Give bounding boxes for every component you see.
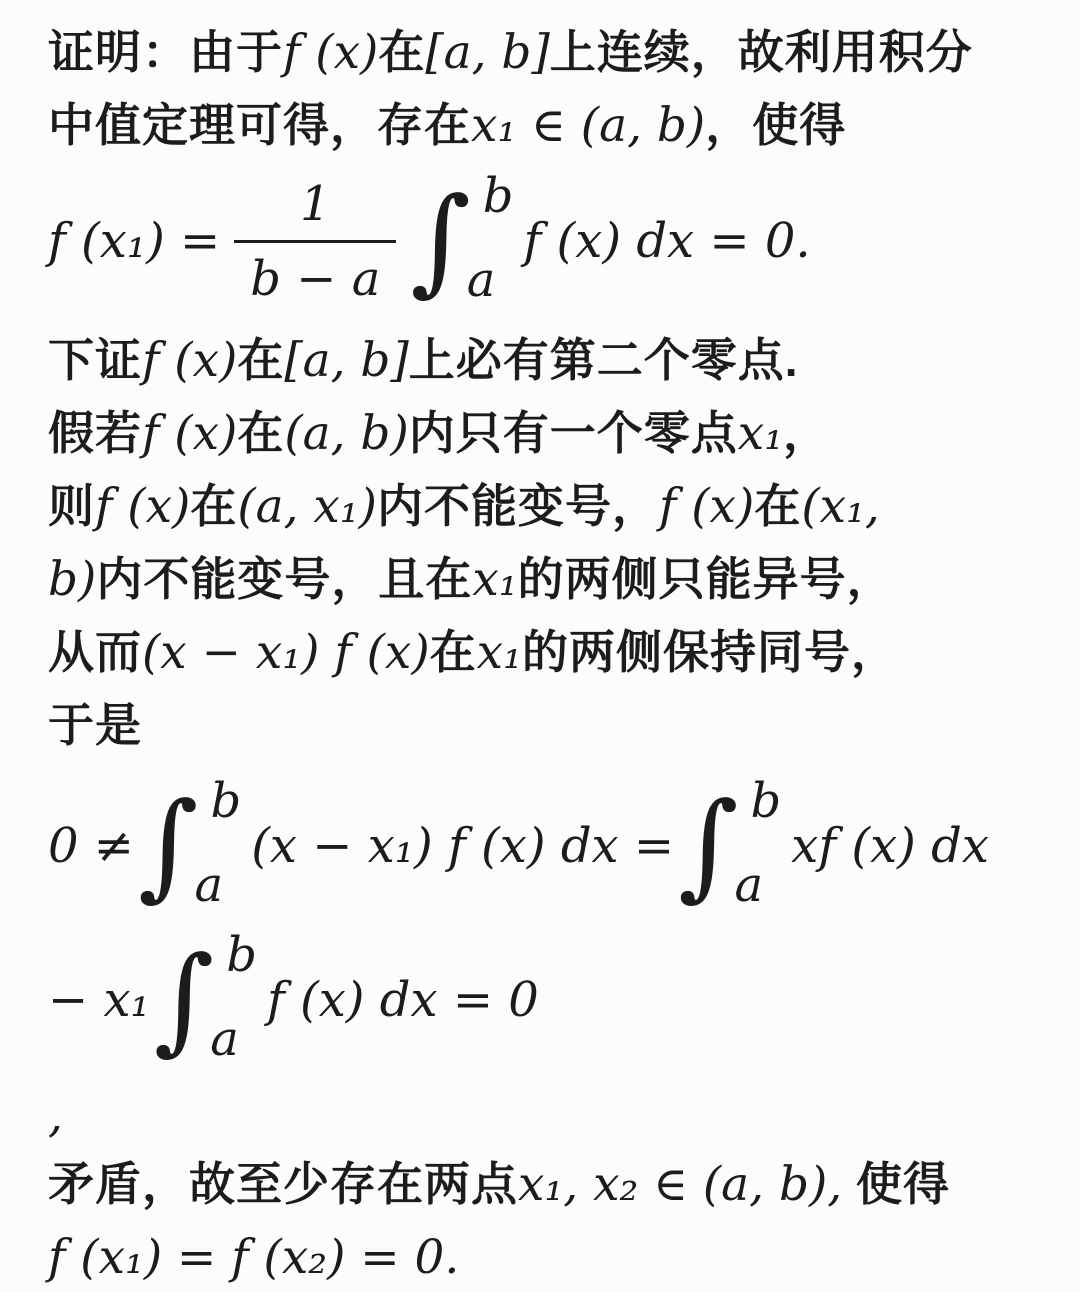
integral-lower-limit: a (194, 861, 241, 909)
proof-document: 证明：由于f (x)在[a, b]上连续，故利用积分 中值定理可得，存在x₁ ∈… (0, 0, 1080, 1292)
proof-line-3: 下证f (x)在[a, b]上必有第二个零点. (48, 324, 1050, 397)
math-text: , (48, 1088, 63, 1143)
fraction-one-over-b-minus-a: 1 b − a (234, 176, 396, 307)
chinese-text: 在 (190, 480, 237, 532)
integral-limits: b a (471, 166, 514, 316)
chinese-text: 内不能变号， (377, 480, 659, 532)
chinese-text: 下证 (48, 334, 142, 386)
display-equation-contradiction-part2: − x₁ ∫ b a f (x) dx = 0 (48, 925, 1050, 1075)
math-text: (a, b) (284, 406, 408, 461)
integral-a-to-b: ∫ b a (154, 925, 257, 1075)
integral-lower-limit: a (735, 861, 782, 909)
chinese-text: 在 (237, 334, 284, 386)
equation-lhs: f (x₁) = (48, 213, 220, 269)
fraction-numerator: 1 (284, 176, 347, 240)
math-text: f (x) (95, 479, 190, 534)
chinese-text: 内只有一个零点 (409, 407, 738, 459)
proof-line-8: 于是 (48, 689, 1050, 761)
integral-icon: ∫ (154, 925, 214, 1075)
math-text: [a, b] (425, 25, 549, 80)
proof-line-2: 中值定理可得，存在x₁ ∈ (a, b)，使得 (48, 89, 1050, 162)
chinese-text: 中值定理可得，存在 (48, 99, 471, 151)
chinese-text: 上必有第二个零点. (409, 334, 799, 386)
chinese-text: 内不能变号，且在 (96, 553, 472, 605)
proof-line-11: f (x₁) = f (x₂) = 0. (48, 1221, 1050, 1292)
equation-lhs: 0 ≠ (48, 818, 134, 874)
math-text: x₁ (472, 552, 517, 607)
chinese-text: ，使得 (705, 99, 846, 151)
math-text: (x − x₁) f (x) (142, 625, 430, 680)
integral-upper-limit: b (751, 777, 782, 825)
chinese-text: 在 (237, 407, 284, 459)
chinese-text: 假若 (48, 407, 142, 459)
chinese-text: 的两侧只能异号， (518, 553, 894, 605)
integral-limits: b a (214, 925, 257, 1075)
proof-line-7: 从而(x − x₁) f (x)在x₁的两侧保持同号， (48, 616, 1050, 689)
equation-rhs: f (x) dx = 0. (524, 213, 811, 269)
proof-line-4: 假若f (x)在(a, b)内只有一个零点x₁， (48, 397, 1050, 470)
chinese-text: 在 (378, 26, 425, 78)
proof-line-6: b)内不能变号，且在x₁的两侧只能异号， (48, 543, 1050, 616)
integral-a-to-b: ∫ b a (678, 771, 781, 921)
chinese-text: 从而 (48, 626, 142, 678)
integral-limits: b a (739, 771, 782, 921)
integral-upper-limit: b (483, 172, 514, 220)
math-text: x₁ (477, 625, 522, 680)
math-text: f (x) (142, 406, 237, 461)
equation-rhs: f (x) dx = 0 (267, 972, 539, 1028)
math-text: (x₁, (801, 479, 879, 534)
proof-line-10: 矛盾，故至少存在两点x₁, x₂ ∈ (a, b), 使得 (48, 1148, 1050, 1221)
display-equation-mean-value: f (x₁) = 1 b − a ∫ b a f (x) dx = 0. (48, 166, 1050, 316)
math-text: x₁ ∈ (a, b) (471, 98, 705, 153)
chinese-text: ， (783, 407, 830, 459)
math-text: x₁ (738, 406, 783, 461)
chinese-text: 的两侧保持同号， (522, 626, 898, 678)
chinese-text: 于是 (48, 699, 142, 751)
math-text: f (x) (142, 333, 237, 388)
integral-icon: ∫ (678, 771, 738, 921)
math-text: [a, b] (284, 333, 408, 388)
integral-icon: ∫ (138, 771, 198, 921)
chinese-text: 证明：由于 (48, 26, 283, 78)
integral-lower-limit: a (467, 256, 514, 304)
integral-upper-limit: b (226, 931, 257, 979)
integral-a-to-b: ∫ b a (410, 166, 513, 316)
chinese-text: 在 (754, 480, 801, 532)
integral-icon: ∫ (410, 166, 470, 316)
equation-rhs: xf (x) dx (791, 818, 989, 874)
proof-line-5: 则f (x)在(a, x₁)内不能变号，f (x)在(x₁, (48, 470, 1050, 543)
integral-upper-limit: b (210, 777, 241, 825)
integral-lower-limit: a (210, 1015, 257, 1063)
math-text: b) (48, 552, 96, 607)
equation-middle: (x − x₁) f (x) dx = (251, 818, 674, 874)
chinese-text: 在 (430, 626, 477, 678)
math-text: f (x) (659, 479, 754, 534)
equation-lhs: − x₁ (48, 972, 150, 1028)
math-text: (a, x₁) (237, 479, 377, 534)
math-text: x₁, x₂ ∈ (a, b), (518, 1157, 842, 1212)
fraction-denominator: b − a (234, 240, 396, 307)
display-equation-contradiction-part1: 0 ≠ ∫ b a (x − x₁) f (x) dx = ∫ b a xf (… (48, 771, 1050, 921)
integral-limits: b a (198, 771, 241, 921)
math-text: f (x) (283, 25, 378, 80)
math-text: f (x₁) = f (x₂) = 0. (48, 1230, 459, 1285)
proof-line-1: 证明：由于f (x)在[a, b]上连续，故利用积分 (48, 16, 1050, 89)
integral-a-to-b: ∫ b a (138, 771, 241, 921)
chinese-text: 上连续，故利用积分 (550, 26, 973, 78)
chinese-text: 使得 (842, 1158, 950, 1210)
chinese-text: 矛盾，故至少存在两点 (48, 1158, 518, 1210)
trailing-comma: , (48, 1083, 1050, 1148)
chinese-text: 则 (48, 480, 95, 532)
